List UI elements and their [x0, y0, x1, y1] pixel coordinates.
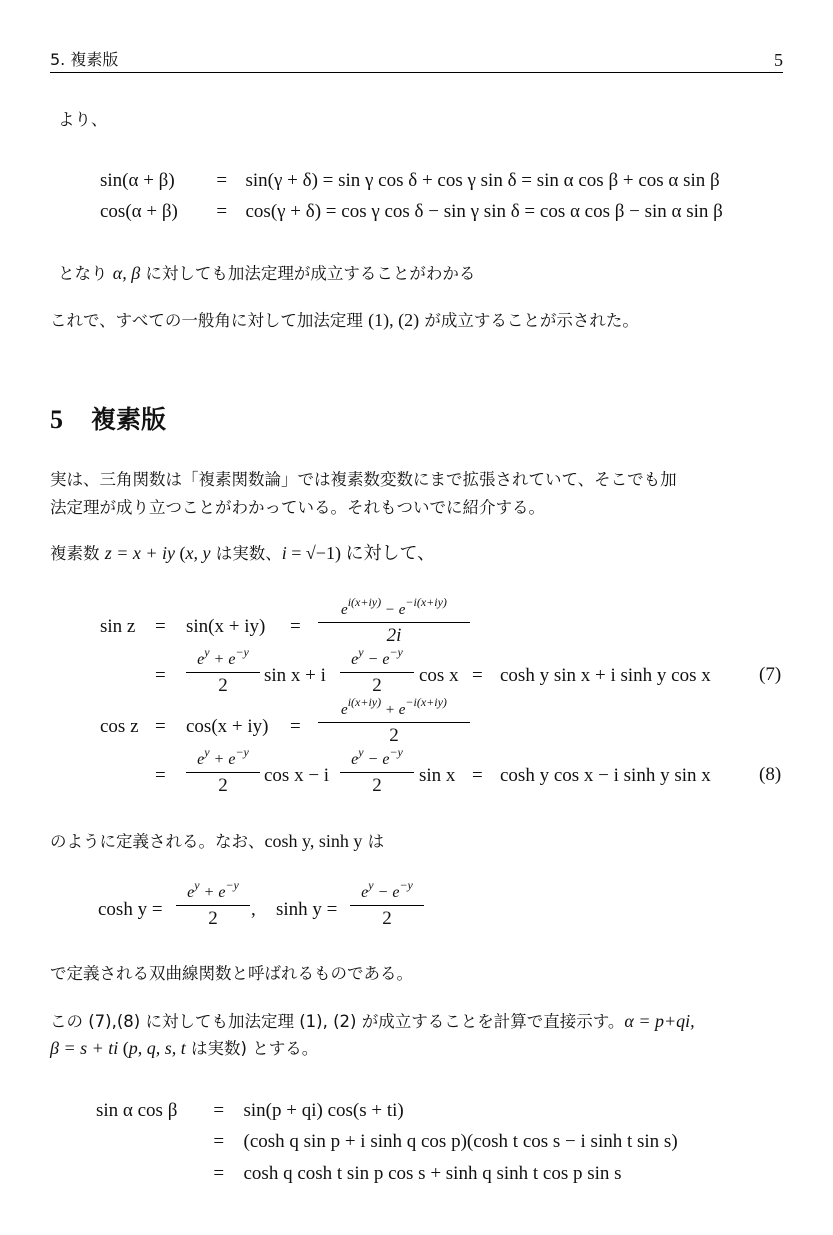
paragraph-complex-number: 複素数 z = x + iy (x, y は実数、i = √−1) に対して、	[50, 540, 785, 567]
eq-rhs: sin(p + qi) cos(s + ti)	[244, 1100, 404, 1121]
fraction-denominator: 2	[186, 673, 260, 699]
math-inline: z = x + iy	[105, 543, 175, 563]
fraction-numerator: ey − e−y	[340, 648, 414, 673]
eq-sign: =	[199, 1162, 239, 1186]
fraction-cosh-def: ey + e−y 2	[176, 881, 250, 932]
equation-product-line2: = (cosh q sin p + i sinh q cos p)(cosh t…	[96, 1130, 678, 1154]
fraction-cos-def: ei(x+iy) + e−i(x+iy) 2	[318, 698, 470, 749]
text: 複素数	[50, 544, 105, 563]
sinh-def-lhs: sinh y =	[276, 898, 337, 922]
text: (	[175, 543, 186, 563]
fraction-denominator: 2	[350, 906, 424, 932]
equation-label-7: (7)	[759, 664, 781, 686]
intro-text: より、	[58, 106, 793, 133]
text: この (7),(8) に対しても加法定理 (1), (2) が成立することを計算…	[50, 1012, 624, 1031]
fraction-numerator: ey − e−y	[350, 881, 424, 906]
math-inline: x, y	[186, 543, 211, 563]
math-inline: cosh y, sinh y	[265, 831, 363, 851]
eq-lhs: sin(α + β)	[100, 169, 198, 193]
fraction-numerator: ey + e−y	[186, 648, 260, 673]
eq-sign: =	[290, 615, 301, 639]
eq-sign: =	[155, 715, 166, 739]
equation-sin-z-lhs: sin z	[100, 615, 135, 639]
eq-sign: =	[199, 1130, 239, 1154]
eq-lhs: cos(α + β)	[100, 200, 198, 224]
equation-sin-sum: sin(α + β) = sin(γ + δ) = sin γ cos δ + …	[100, 169, 720, 193]
eq-rhs: cos(γ + δ) = cos γ cos δ − sin γ sin δ =…	[246, 201, 723, 222]
fraction-sinh: ey − e−y 2	[340, 748, 414, 799]
eq-lhs: sin α cos β	[96, 1099, 194, 1123]
equation-cos-z-mid: cos(x + iy)	[186, 715, 268, 739]
paragraph-hyperbolic: で定義される双曲線関数と呼ばれるものである。	[50, 960, 785, 987]
eq-sign: =	[155, 615, 166, 639]
paragraph-defined: のように定義される。なお、cosh y, sinh y は	[50, 828, 785, 855]
eq-term: sin x	[419, 764, 455, 788]
text: は実数、	[211, 544, 282, 563]
eq-sign: =	[155, 764, 166, 788]
math-inline: β = s + ti	[50, 1038, 118, 1058]
math-inline: = √−1) に対して、	[287, 543, 435, 563]
text: となり	[58, 264, 113, 283]
eq-term: cos x	[419, 664, 459, 688]
equation-sin-result: cosh y sin x + i sinh y cos x	[500, 664, 711, 688]
eq-sign: =	[290, 715, 301, 739]
math-inline: α, β	[113, 263, 140, 283]
equation-label-8: (8)	[759, 764, 781, 786]
fraction-denominator: 2	[340, 773, 414, 799]
text: に対しても加法定理が成立することがわかる	[140, 264, 475, 283]
equation-product-line3: = cosh q cosh t sin p cos s + sinh q sin…	[96, 1162, 622, 1186]
running-head: 5. 複素版 5	[50, 50, 783, 73]
fraction-cosh: ey + e−y 2	[186, 648, 260, 699]
text: これで、すべての一般角に対して加法定理	[50, 311, 368, 330]
equation-cos-result: cosh y cos x − i sinh y sin x	[500, 764, 711, 788]
math-inline: α = p+qi,	[624, 1011, 694, 1031]
paragraph-intro-line1: 実は、三角関数は「複素関数論」では複素数変数にまで拡張されていて、そこでも加	[50, 466, 785, 493]
eq-sign: =	[203, 200, 241, 224]
separator-comma: ,	[251, 898, 256, 922]
cosh-def-lhs: cosh y =	[98, 898, 163, 922]
equation-refs: (1), (2)	[368, 310, 419, 330]
eq-term: cos x − i	[264, 764, 329, 788]
section-number: 5	[50, 405, 63, 434]
fraction-sinh: ey − e−y 2	[340, 648, 414, 699]
fraction-sinh-def: ey − e−y 2	[350, 881, 424, 932]
eq-sign: =	[155, 664, 166, 688]
eq-rhs: cosh q cosh t sin p cos s + sinh q sinh …	[244, 1163, 622, 1184]
eq-rhs: sin(γ + δ) = sin γ cos δ + cos γ sin δ =…	[246, 170, 720, 191]
math-inline: p, q, s, t	[129, 1038, 186, 1058]
eq-term: sin x + i	[264, 664, 326, 688]
running-head-section: 5. 複素版	[50, 50, 118, 70]
paragraph-direct-line1: この (7),(8) に対しても加法定理 (1), (2) が成立することを計算…	[50, 1008, 785, 1035]
fraction-numerator: ei(x+iy) − e−i(x+iy)	[318, 598, 470, 623]
equation-cos-sum: cos(α + β) = cos(γ + δ) = cos γ cos δ − …	[100, 200, 723, 224]
text: のように定義される。なお、	[50, 832, 265, 851]
fraction-numerator: ey + e−y	[186, 748, 260, 773]
eq-sign: =	[472, 764, 483, 788]
text: (	[118, 1038, 129, 1058]
paragraph-direct-line2: β = s + ti (p, q, s, t は実数) とする。	[50, 1035, 785, 1062]
section-heading: 5複素版	[50, 400, 166, 436]
eq-sign: =	[203, 169, 241, 193]
fraction-numerator: ey + e−y	[176, 881, 250, 906]
eq-sign: =	[472, 664, 483, 688]
section-title: 複素版	[91, 405, 166, 434]
paragraph-holds: となり α, β に対しても加法定理が成立することがわかる	[58, 260, 793, 287]
fraction-cosh: ey + e−y 2	[186, 748, 260, 799]
text: は実数) とする。	[186, 1039, 318, 1058]
fraction-denominator: 2	[186, 773, 260, 799]
paragraph-intro-line2: 法定理が成り立つことがわかっている。それもついでに紹介する。	[50, 494, 785, 521]
equation-cos-z-lhs: cos z	[100, 715, 139, 739]
fraction-numerator: ey − e−y	[340, 748, 414, 773]
eq-rhs: (cosh q sin p + i sinh q cos p)(cosh t c…	[244, 1131, 678, 1152]
fraction-denominator: 2	[176, 906, 250, 932]
eq-sign: =	[199, 1099, 239, 1123]
text: は	[362, 832, 384, 851]
page-number: 5	[774, 50, 783, 70]
fraction-sin-def: ei(x+iy) − e−i(x+iy) 2i	[318, 598, 470, 649]
fraction-numerator: ei(x+iy) + e−i(x+iy)	[318, 698, 470, 723]
text: が成立することが示された。	[419, 311, 639, 330]
paragraph-conclusion: これで、すべての一般角に対して加法定理 (1), (2) が成立することが示され…	[50, 307, 785, 334]
equation-product-line1: sin α cos β = sin(p + qi) cos(s + ti)	[96, 1099, 404, 1123]
equation-sin-z-mid: sin(x + iy)	[186, 615, 265, 639]
